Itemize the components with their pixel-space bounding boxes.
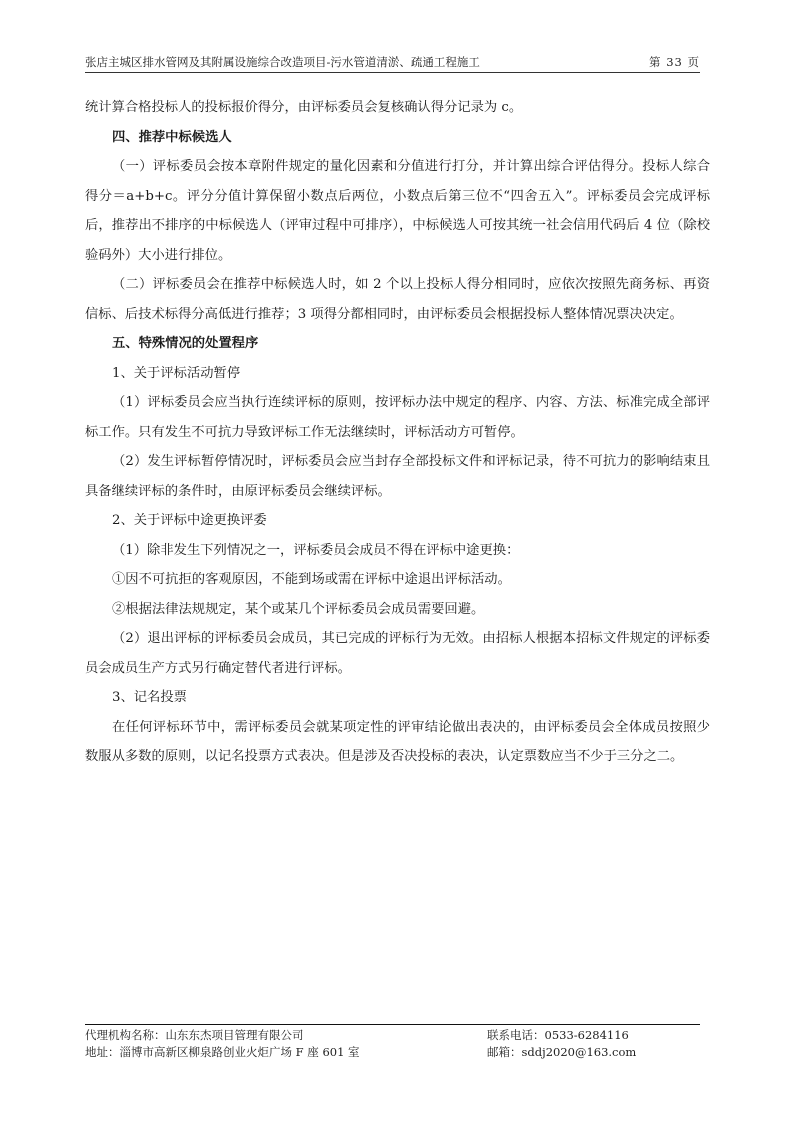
paragraph: 统计算合格投标人的投标报价得分，由评标委员会复核确认得分记录为 c。 xyxy=(85,93,710,123)
paragraph: （2）退出评标的评标委员会成员，其已完成的评标行为无效。由招标人根据本招标文件规… xyxy=(85,624,710,683)
list-item: ①因不可抗拒的客观原因，不能到场或需在评标中途退出评标活动。 xyxy=(85,565,710,595)
page-footer: 代理机构名称：山东东杰项目管理有限公司 联系电话：0533-6284116 地址… xyxy=(85,1024,700,1061)
section-heading-5: 五、特殊情况的处置程序 xyxy=(85,329,710,359)
paragraph: （1）除非发生下列情况之一，评标委员会成员不得在评标中途更换： xyxy=(85,536,710,566)
agency-address: 地址：淄博市高新区柳泉路创业火炬广场 F 座 601 室 xyxy=(85,1044,487,1061)
subsection-heading-1: 1、关于评标活动暂停 xyxy=(85,359,710,389)
paragraph: 在任何评标环节中，需评标委员会就某项定性的评审结论做出表决的，由评标委员会全体成… xyxy=(85,713,710,772)
section-heading-4: 四、推荐中标候选人 xyxy=(85,123,710,153)
subsection-heading-3: 3、记名投票 xyxy=(85,683,710,713)
list-item: ②根据法律法规规定，某个或某几个评标委员会成员需要回避。 xyxy=(85,595,710,625)
contact-phone: 联系电话：0533-6284116 xyxy=(487,1027,700,1044)
document-title: 张店主城区排水管网及其附属设施综合改造项目-污水管道清淤、疏通工程施工 xyxy=(85,54,480,72)
page-number: 第 33 页 xyxy=(649,54,700,72)
agency-name: 代理机构名称：山东东杰项目管理有限公司 xyxy=(85,1027,487,1044)
paragraph: （2）发生评标暂停情况时，评标委员会应当封存全部投标文件和评标记录，待不可抗力的… xyxy=(85,447,710,506)
page-content: 统计算合格投标人的投标报价得分，由评标委员会复核确认得分记录为 c。 四、推荐中… xyxy=(85,93,710,772)
page-header: 张店主城区排水管网及其附属设施综合改造项目-污水管道清淤、疏通工程施工 第 33… xyxy=(85,54,700,73)
paragraph: （二）评标委员会在推荐中标候选人时，如 2 个以上投标人得分相同时，应依次按照先… xyxy=(85,270,710,329)
paragraph: （1）评标委员会应当执行连续评标的原则，按评标办法中规定的程序、内容、方法、标准… xyxy=(85,388,710,447)
paragraph: （一）评标委员会按本章附件规定的量化因素和分值进行打分，并计算出综合评估得分。投… xyxy=(85,152,710,270)
subsection-heading-2: 2、关于评标中途更换评委 xyxy=(85,506,710,536)
contact-email: 邮箱：sddj2020@163.com xyxy=(487,1044,700,1061)
